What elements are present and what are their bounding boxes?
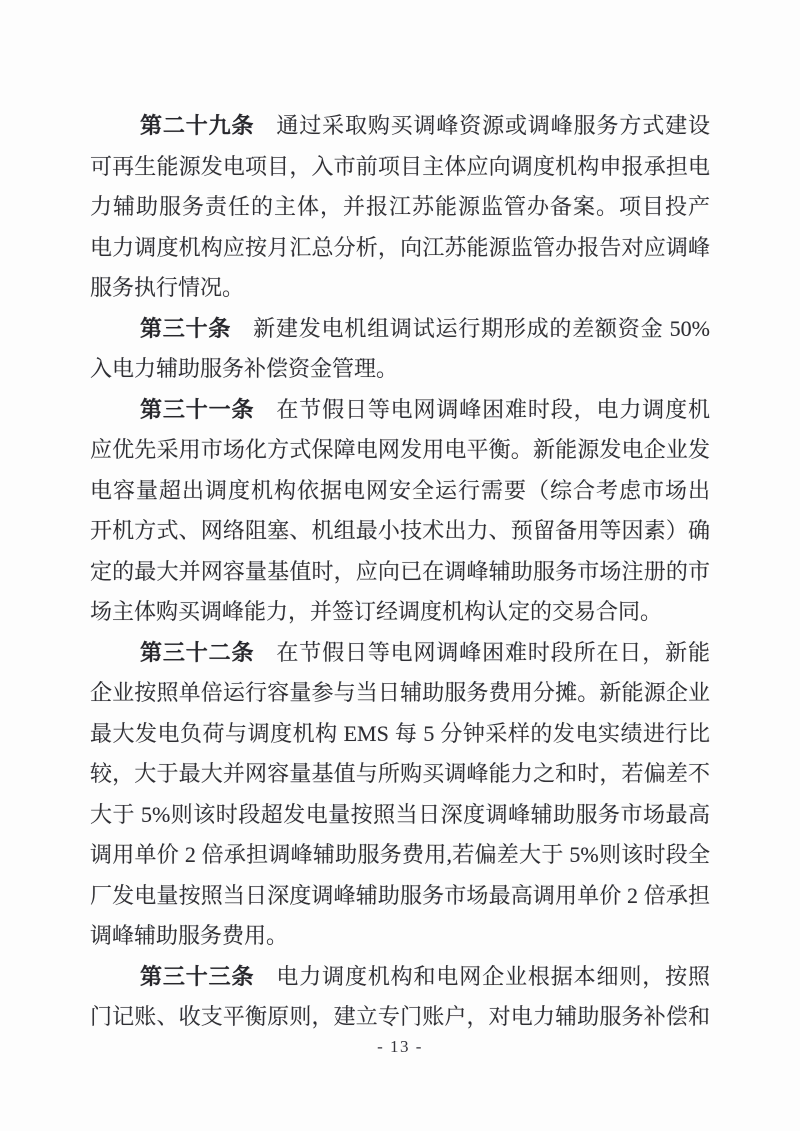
article-number: 第三十条 xyxy=(140,316,231,341)
text-line: 开机方式、网络阻塞、机组最小技术出力、预留备用等因素）确 xyxy=(90,511,710,552)
article-number: 第三十二条 xyxy=(140,640,254,665)
text-line: 服务执行情况。 xyxy=(90,268,710,309)
text-line: 定的最大并网容量基值时，应向已在调峰辅助服务市场注册的市 xyxy=(90,552,710,593)
text-line: 大于 5%则该时段超发电量按照当日深度调峰辅助服务市场最高 xyxy=(90,795,710,836)
text-line: 电容量超出调度机构依据电网安全运行需要（综合考虑市场出清、 xyxy=(90,471,710,512)
page-number: - 13 - xyxy=(0,1032,800,1062)
text-line: 调用单价 2 倍承担调峰辅助服务费用,若偏差大于 5%则该时段全 xyxy=(90,835,710,876)
article-text-block: 第二十九条通过采取购买调峰资源或调峰服务方式建设的 可再生能源发电项目，入市前项… xyxy=(90,106,710,1038)
text-line: 应优先采用市场化方式保障电网发用电平衡。新能源发电企业发 xyxy=(90,430,710,471)
text-line: 可再生能源发电项目，入市前项目主体应向调度机构申报承担电 xyxy=(90,147,710,188)
article-33-heading-line: 第三十三条电力调度机构和电网企业根据本细则，按照专 xyxy=(90,957,710,998)
article-30-heading-line: 第三十条新建发电机组调试运行期形成的差额资金 50%纳 xyxy=(90,309,710,350)
article-number: 第三十三条 xyxy=(140,964,254,989)
text-line: 较，大于最大并网容量基值与所购买调峰能力之和时，若偏差不 xyxy=(90,754,710,795)
text-line: 入电力辅助服务补偿资金管理。 xyxy=(90,349,710,390)
document-page: 第二十九条通过采取购买调峰资源或调峰服务方式建设的 可再生能源发电项目，入市前项… xyxy=(0,0,800,1131)
article-31-heading-line: 第三十一条在节假日等电网调峰困难时段，电力调度机构 xyxy=(90,390,710,431)
text-line: 最大发电负荷与调度机构 EMS 每 5 分钟采样的发电实绩进行比 xyxy=(90,714,710,755)
article-29-heading-line: 第二十九条通过采取购买调峰资源或调峰服务方式建设的 xyxy=(90,106,710,147)
text-line: 调峰辅助服务费用。 xyxy=(90,916,710,957)
article-32-heading-line: 第三十二条在节假日等电网调峰困难时段所在日，新能源 xyxy=(90,633,710,674)
text-line: 电力调度机构应按月汇总分析，向江苏能源监管办报告对应调峰 xyxy=(90,228,710,269)
text-line: 厂发电量按照当日深度调峰辅助服务市场最高调用单价 2 倍承担 xyxy=(90,876,710,917)
article-number: 第三十一条 xyxy=(140,397,254,422)
article-number: 第二十九条 xyxy=(140,113,254,138)
text-line: 场主体购买调峰能力，并签订经调度机构认定的交易合同。 xyxy=(90,592,710,633)
text-line: 企业按照单倍运行容量参与当日辅助服务费用分摊。新能源企业 xyxy=(90,673,710,714)
text-line: 力辅助服务责任的主体，并报江苏能源监管办备案。项目投产后， xyxy=(90,187,710,228)
